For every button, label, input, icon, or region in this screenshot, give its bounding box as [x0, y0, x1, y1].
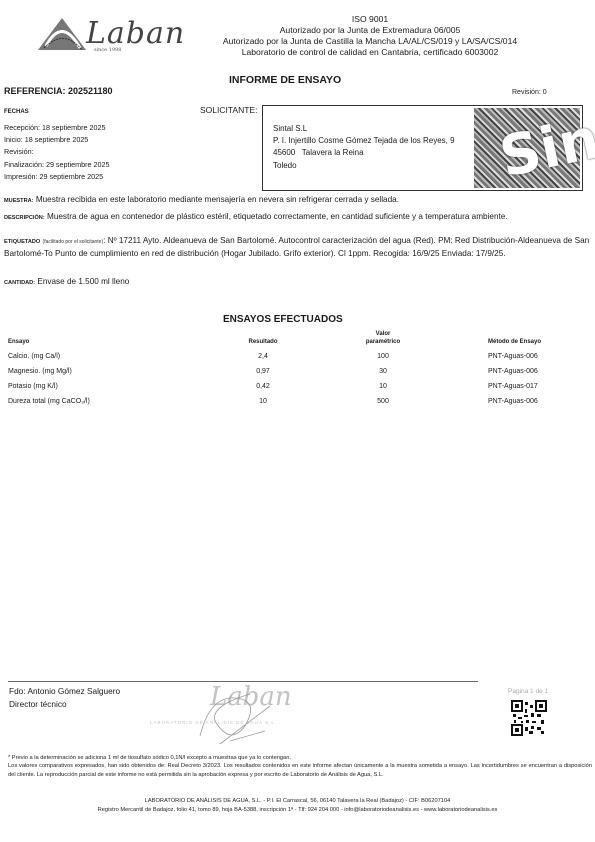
signature-scribble-icon — [190, 686, 290, 746]
cell-metodo: PNT-Aguas-006 — [448, 394, 590, 409]
date-reception: Recepción: 18 septiembre 2025 — [4, 122, 109, 134]
quantity-label: CANTIDAD: — [4, 280, 35, 286]
description-label: DESCRIPCIÓN: — [4, 215, 45, 221]
quantity-section: CANTIDAD: Envase de 1.500 ml lleno — [4, 276, 590, 289]
tests-title: ENSAYOS EFECTUADOS — [223, 314, 343, 325]
signature-block: Fdo: Antonio Gómez Salguero Director téc… — [9, 685, 120, 710]
dates-heading: FECHAS — [4, 109, 29, 115]
date-revision: Revisión: — [4, 146, 109, 158]
cell-valor: 100 — [318, 349, 448, 364]
applicant-logo-image: Sin — [474, 108, 580, 188]
qr-code-icon — [511, 700, 547, 736]
label-label: ETIQUETADO — [4, 239, 40, 245]
header-valor-line1: Valor — [318, 330, 448, 338]
date-start: Inicio: 18 septiembre 2025 — [4, 134, 109, 146]
table-row: Calcio. (mg Ca/l)2,4100PNT-Aguas-006 — [4, 349, 590, 364]
sample-text: Muestra recibida en este laboratorio med… — [36, 195, 399, 204]
date-print: Impresión: 29 septiembre 2025 — [4, 171, 109, 183]
report-title: INFORME DE ENSAYO — [229, 74, 341, 86]
accreditation-line: Autorizado por la Junta de Extremadura 0… — [200, 25, 540, 36]
revision-number: Revisión: 0 — [512, 89, 547, 96]
label-note: (facilitado por el solicitante) — [43, 239, 104, 245]
footnotes: * Previo a la determinación se adiciona … — [8, 754, 592, 779]
logo-since: since 1998 — [94, 47, 121, 53]
header-metodo: Método de Ensayo — [448, 330, 590, 349]
sample-label: MUESTRA: — [4, 198, 34, 204]
logo-mark-icon — [36, 14, 88, 54]
cell-metodo: PNT-Aguas-006 — [448, 364, 590, 379]
table-header-row: Ensayo Resultado Valor paramétrico Métod… — [4, 330, 590, 349]
cell-resultado: 0,42 — [208, 379, 318, 394]
cell-ensayo: Dureza total (mg CaCO₃/l) — [4, 394, 208, 409]
signer-role: Director técnico — [9, 698, 120, 711]
signer-name: Fdo: Antonio Gómez Salguero — [9, 685, 120, 698]
cell-valor: 10 — [318, 379, 448, 394]
applicant-city: 45600 Talavera la Reina — [273, 147, 455, 159]
header-valor-line2: paramétrico — [318, 338, 448, 346]
header-resultado: Resultado — [208, 330, 318, 349]
date-completion: Finalización: 29 septiembre 2025 — [4, 159, 109, 171]
cell-resultado: 10 — [208, 394, 318, 409]
dates-list: Recepción: 18 septiembre 2025 Inicio: 18… — [4, 122, 109, 183]
table-row: Potasio (mg K/l)0,4210PNT-Aguas-017 — [4, 379, 590, 394]
accreditation-line: ISO 9001 — [200, 14, 540, 25]
description-section: DESCRIPCIÓN: Muestra de agua en contened… — [4, 211, 590, 224]
cell-metodo: PNT-Aguas-006 — [448, 349, 590, 364]
description-text: Muestra de agua en contenedor de plástic… — [47, 212, 508, 221]
applicant-name: Sintal S.L — [273, 123, 455, 135]
header-valor: Valor paramétrico — [318, 330, 448, 349]
logo-wordmark: Laban — [86, 16, 185, 51]
footnote-legal: Los valores comparativos expresados, han… — [8, 762, 592, 779]
label-section: ETIQUETADO (facilitado por el solicitant… — [4, 235, 590, 259]
company-address: LABORATORIO DE ANÁLISIS DE AGUA, S.L. - … — [0, 797, 595, 806]
company-registry: Registro Mercantil de Badajoz, folio 41,… — [0, 806, 595, 815]
accreditation-line: Laboratorio de control de calidad en Can… — [200, 47, 540, 58]
cell-resultado: 2,4 — [208, 349, 318, 364]
cell-ensayo: Potasio (mg K/l) — [4, 379, 208, 394]
cell-valor: 30 — [318, 364, 448, 379]
reference-number: REFERENCIA: 202521180 — [4, 86, 113, 96]
company-footer: LABORATORIO DE ANÁLISIS DE AGUA, S.L. - … — [0, 797, 595, 815]
applicant-province: Toledo — [273, 160, 455, 172]
accreditation-line: Autorizado por la Junta de Castilla la M… — [200, 36, 540, 47]
header-ensayo: Ensayo — [4, 330, 208, 349]
cell-resultado: 0,97 — [208, 364, 318, 379]
accreditation-block: ISO 9001 Autorizado por la Junta de Extr… — [200, 14, 540, 58]
company-stamp: Laban LABORATORIO DE ANÁLISIS DE AGUA S.… — [150, 682, 320, 744]
applicant-label: SOLICITANTE: — [200, 105, 257, 115]
applicant-street: P. I. Injertillo Cosme Gómez Tejada de l… — [273, 135, 455, 147]
cell-valor: 500 — [318, 394, 448, 409]
applicant-address: Sintal S.L P. I. Injertillo Cosme Gómez … — [273, 123, 455, 172]
applicant-logo-glyph: Sin — [494, 106, 595, 190]
quantity-text: Envase de 1.500 ml lleno — [37, 277, 129, 286]
footnote-preservative: * Previo a la determinación se adiciona … — [8, 754, 592, 762]
table-row: Magnesio. (mg Mg/l)0,9730PNT-Aguas-006 — [4, 364, 590, 379]
cell-ensayo: Magnesio. (mg Mg/l) — [4, 364, 208, 379]
company-logo: Laban since 1998 — [36, 14, 196, 54]
cell-ensayo: Calcio. (mg Ca/l) — [4, 349, 208, 364]
sample-section: MUESTRA: Muestra recibida en este labora… — [4, 194, 590, 207]
cell-metodo: PNT-Aguas-017 — [448, 379, 590, 394]
tests-table: Ensayo Resultado Valor paramétrico Métod… — [4, 330, 590, 409]
page-number: Pagina 1 de 1 — [508, 688, 548, 695]
table-row: Dureza total (mg CaCO₃/l)10500PNT-Aguas-… — [4, 394, 590, 409]
